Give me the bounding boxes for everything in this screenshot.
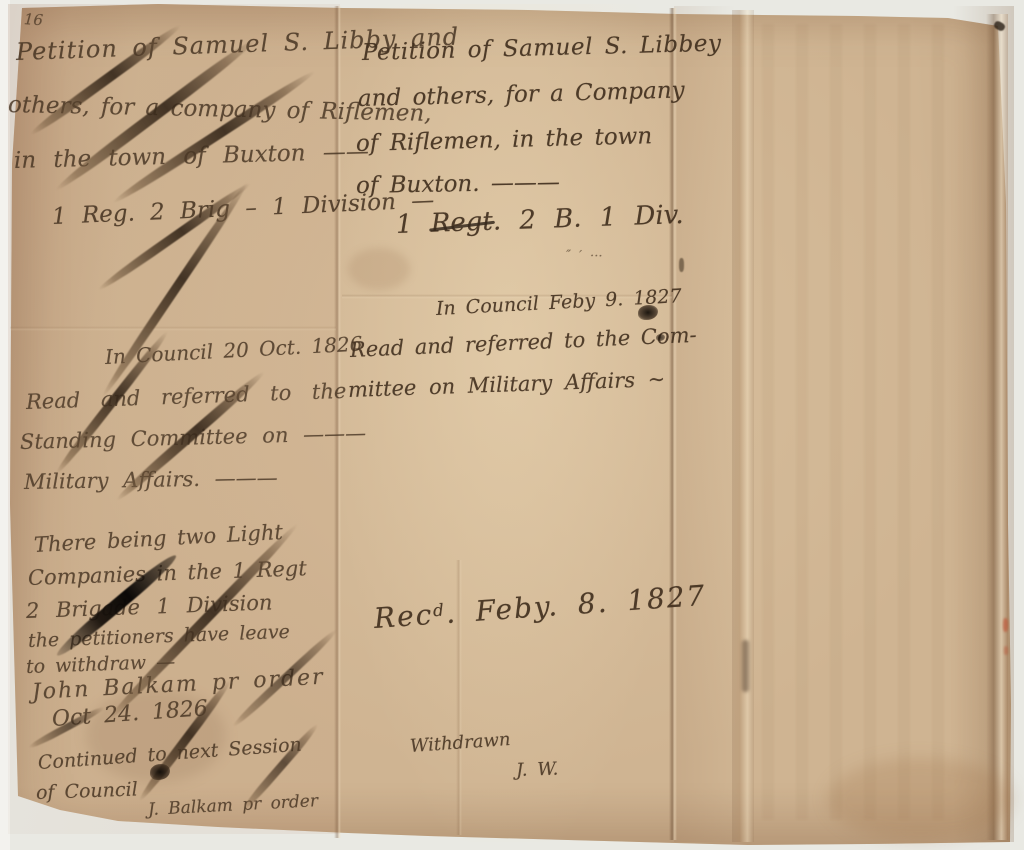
corner-mark: 16 — [23, 10, 43, 29]
middle-clerk-initials: J. W. — [516, 759, 559, 781]
middle-title-line-4: of Buxton. ——— — [356, 169, 560, 199]
middle-ditto-marks: ″ ′ ··· — [566, 248, 603, 264]
middle-unit-struck-word: Regt — [430, 207, 493, 239]
scanned-document-background: 16 Petition of Samuel S. Libby and other… — [0, 0, 1024, 850]
middle-unit-prefix: 1 — [395, 209, 431, 240]
left-continued-line-2: of Council — [36, 778, 138, 804]
received-prefix: Rec — [373, 598, 435, 635]
